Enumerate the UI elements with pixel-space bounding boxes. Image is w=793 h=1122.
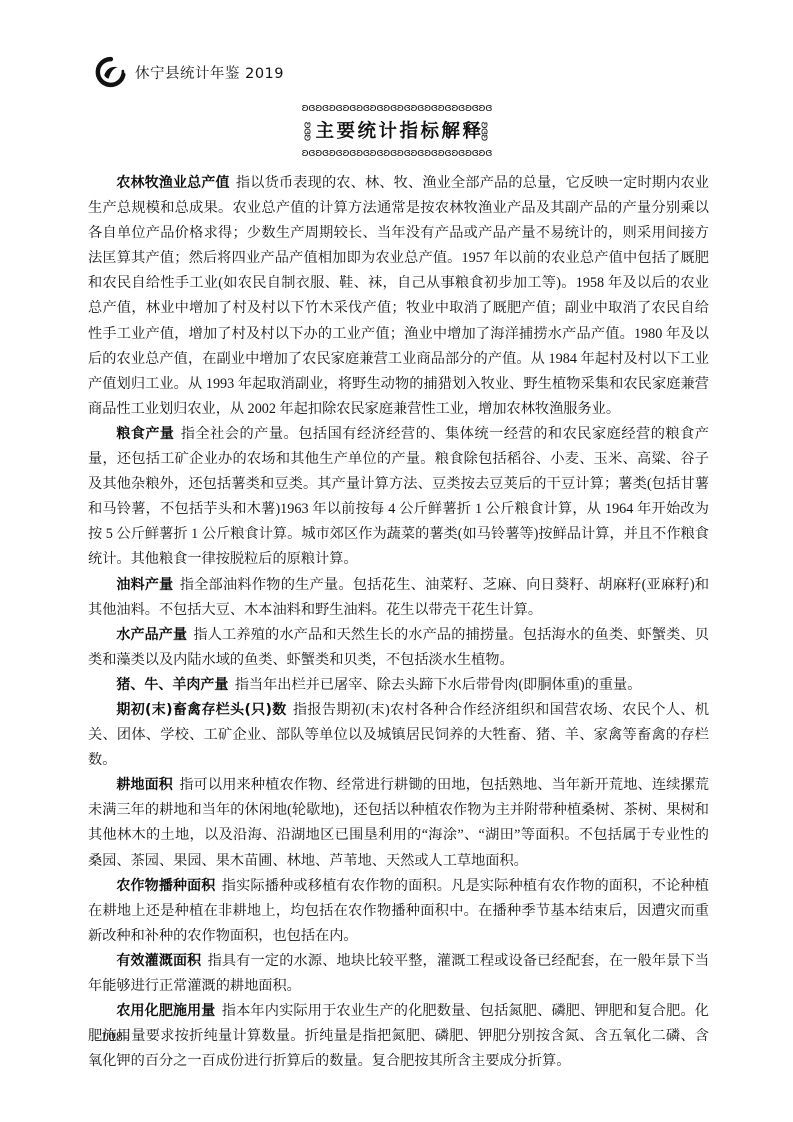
ornament-left: ʚɞʚ xyxy=(302,121,315,140)
definition-paragraph: 有效灌溉面积指具有一定的水源、地块比较平整，灌溉工程或设备已经配套，在一般年景下… xyxy=(88,949,709,999)
definition-term: 农用化肥施用量 xyxy=(116,1003,215,1019)
page-header: 休宁县统计年鉴 2019 xyxy=(94,56,284,88)
definition-paragraph: 农用化肥施用量指本年内实际用于农业生产的化肥数量、包括氮肥、磷肥、钾肥和复合肥。… xyxy=(88,999,709,1074)
definition-term: 有效灌溉面积 xyxy=(116,953,201,969)
definition-term: 水产品产量 xyxy=(116,627,187,643)
section-title-box: ʚɞʚɞʚɞʚɞʚɞʚɞʚɞʚɞʚɞʚɞʚɞʚɞʚɞʚɞʚɞ ʚɞʚ 主要统计指… xyxy=(302,102,492,159)
definition-term: 油料产量 xyxy=(116,577,173,593)
page-number: -108- xyxy=(95,1029,129,1045)
definition-paragraph: 农作物播种面积指实际播种或移植有农作物的面积。凡是实际种植有农作物的面积，不论种… xyxy=(88,874,709,949)
definition-paragraph: 油料产量指全部油料作物的生产量。包括花生、油菜籽、芝麻、向日葵籽、胡麻籽(亚麻籽… xyxy=(88,573,709,623)
definition-term: 粮食产量 xyxy=(116,426,174,442)
ornament-right: ʚɞʚ xyxy=(479,121,492,140)
definition-paragraph: 粮食产量指全社会的产量。包括国有经济经营的、集体统一经营的和农民家庭经营的粮食产… xyxy=(88,422,709,573)
definition-term: 农林牧渔业总产值 xyxy=(116,175,229,191)
ornament-top: ʚɞʚɞʚɞʚɞʚɞʚɞʚɞʚɞʚɞʚɞʚɞʚɞʚɞʚɞʚɞ xyxy=(302,102,492,114)
definitions-list: 农林牧渔业总产值指以货币表现的农、林、牧、渔业全部产品的总量，它反映一定时期内农… xyxy=(88,171,709,1074)
definition-body: 指可以用来种植农作物、经常进行耕锄的田地，包括熟地、当年新开荒地、连续摞荒未满三… xyxy=(88,777,709,868)
definition-term: 农作物播种面积 xyxy=(116,878,215,894)
definition-paragraph: 农林牧渔业总产值指以货币表现的农、林、牧、渔业全部产品的总量，它反映一定时期内农… xyxy=(88,171,709,422)
definition-body: 指全社会的产量。包括国有经济经营的、集体统一经营的和农民家庭经营的粮食产量，还包… xyxy=(88,426,709,567)
definition-body: 指当年出栏并已屠宰、除去头蹄下水后带骨肉(即胴体重)的重量。 xyxy=(235,677,642,693)
definition-term: 期初(末)畜禽存栏头(只)数 xyxy=(116,702,286,718)
definition-body: 指以货币表现的农、林、牧、渔业全部产品的总量，它反映一定时期内农业生产总规模和总… xyxy=(88,175,709,417)
definition-paragraph: 耕地面积指可以用来种植农作物、经常进行耕锄的田地，包括熟地、当年新开荒地、连续摞… xyxy=(88,773,709,873)
document-page: 休宁县统计年鉴 2019 ʚɞʚɞʚɞʚɞʚɞʚɞʚɞʚɞʚɞʚɞʚɞʚɞʚɞʚ… xyxy=(0,0,793,1122)
definition-term: 耕地面积 xyxy=(116,777,173,793)
definition-paragraph: 期初(末)畜禽存栏头(只)数指报告期初(末)农村各种合作经济组织和国营农场、农民… xyxy=(88,698,709,773)
definition-paragraph: 水产品产量指人工养殖的水产品和天然生长的水产品的捕捞量。包括海水的鱼类、虾蟹类、… xyxy=(88,623,709,673)
definition-term: 猪、牛、羊肉产量 xyxy=(116,677,228,693)
ornament-bottom: ʚɞʚɞʚɞʚɞʚɞʚɞʚɞʚɞʚɞʚɞʚɞʚɞʚɞʚɞʚɞ xyxy=(302,147,492,159)
section-title-row: ʚɞʚ 主要统计指标解释 ʚɞʚ xyxy=(302,114,492,147)
yearbook-swirl-logo-icon xyxy=(94,56,126,88)
definition-paragraph: 猪、牛、羊肉产量指当年出栏并已屠宰、除去头蹄下水后带骨肉(即胴体重)的重量。 xyxy=(88,673,709,698)
definition-body: 指全部油料作物的生产量。包括花生、油菜籽、芝麻、向日葵籽、胡麻籽(亚麻籽)和其他… xyxy=(88,577,709,618)
page-title: 主要统计指标解释 xyxy=(316,117,478,143)
yearbook-title: 休宁县统计年鉴 2019 xyxy=(135,62,284,83)
